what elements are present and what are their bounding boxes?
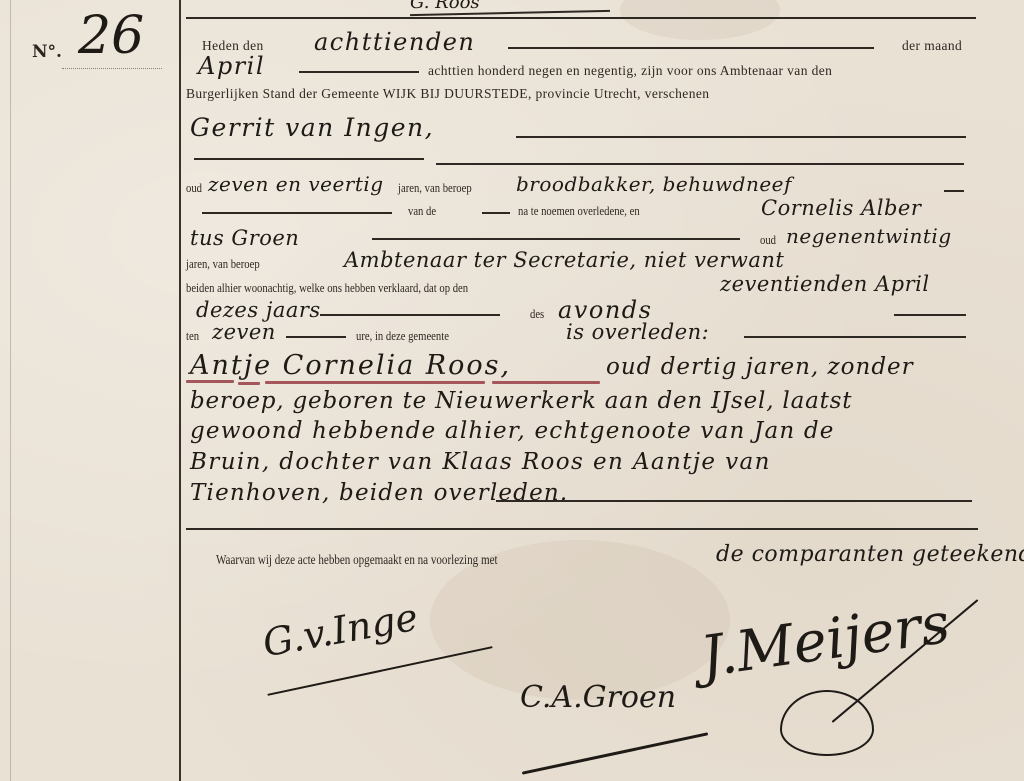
handwritten-text: beroep, geboren te Nieuwerkerk aan den I… — [190, 388, 852, 414]
handwritten-death-date: zeventienden April — [720, 272, 930, 296]
handwritten-age: zeven en veertig — [208, 172, 384, 196]
record-number: 26 — [78, 6, 144, 66]
closing-line: Waarvan wij deze acte hebben opgemaakt e… — [186, 540, 986, 570]
handwritten-declarant-2: Cornelis Alber — [761, 196, 921, 220]
text-line-13: Antje Cornelia Roos, oud dertig jaren, z… — [186, 350, 986, 380]
handwritten-occupation-2: Ambtenaar ter Secretarie, niet verwant — [344, 248, 784, 272]
text-line-3: Burgerlijken Stand der Gemeente WIJK BIJ… — [186, 80, 986, 110]
fill-line — [944, 190, 964, 192]
printed-text: der maand — [902, 38, 962, 54]
handwritten-year: dezes jaars — [196, 298, 321, 322]
signature-declarant-2: C.A.Groen — [520, 680, 676, 715]
red-underline — [492, 381, 600, 384]
fill-line — [202, 212, 392, 214]
signature-flourish — [522, 732, 708, 774]
dotted-rule — [62, 68, 162, 69]
text-line-6: oud zeven en veertig jaren, van beroep b… — [186, 168, 986, 198]
printed-text: Waarvan wij deze acte hebben opgemaakt e… — [216, 552, 498, 568]
red-underline — [186, 380, 234, 383]
handwritten-hour: zeven — [212, 320, 276, 344]
printed-text: oud — [186, 180, 202, 196]
text-line-4: Gerrit van Ingen, — [186, 113, 986, 143]
text-line-12: ten zeven ure, in deze gemeente is overl… — [186, 322, 986, 352]
fill-line — [744, 336, 966, 338]
previous-act-signature: G. Roos — [410, 0, 480, 13]
text-line-15: gewoond hebbende alhier, echtgenoote van… — [186, 418, 986, 448]
printed-text: oud — [760, 232, 776, 248]
handwritten-text: Bruin, dochter van Klaas Roos en Aantje … — [190, 449, 771, 475]
handwritten-text: gewoond hebbende alhier, echtgenoote van… — [190, 418, 835, 444]
fill-line — [286, 336, 346, 338]
printed-text: beiden alhier woonachtig, welke ons hebb… — [186, 280, 468, 296]
text-line-16: Bruin, dochter van Klaas Roos en Aantje … — [186, 449, 986, 479]
text-line-7: van de na te noemen overledene, en Corne… — [186, 196, 986, 226]
handwritten-text: Tienhoven, beiden overleden. — [190, 480, 568, 506]
handwritten-occupation: broodbakker, behuwdneef — [516, 172, 792, 196]
section-rule — [186, 528, 978, 530]
fill-line — [320, 314, 500, 316]
red-underline — [265, 381, 485, 384]
printed-text: ten — [186, 328, 199, 344]
printed-text: des — [530, 306, 544, 322]
text-line-17: Tienhoven, beiden overleden. — [186, 480, 986, 510]
section-rule — [186, 17, 976, 19]
printed-text: jaren, van beroep — [398, 180, 472, 196]
printed-text: achttien honderd negen en negentig, zijn… — [428, 63, 832, 79]
printed-text: ure, in deze gemeente — [356, 328, 449, 344]
signature-registrar: J.Meijers — [697, 591, 954, 690]
fill-line — [894, 314, 966, 316]
margin-divider-line — [179, 0, 181, 781]
text-line-14: beroep, geboren te Nieuwerkerk aan den I… — [186, 388, 986, 418]
red-underline — [238, 382, 260, 385]
page-edge — [10, 0, 11, 781]
fill-line — [516, 136, 966, 138]
handwritten-declarant-1: Gerrit van Ingen, — [190, 113, 434, 142]
fill-line — [194, 158, 424, 160]
handwritten-age-2: negenentwintig — [786, 224, 952, 248]
handwritten-month: April — [198, 52, 265, 80]
fill-line — [299, 71, 419, 73]
printed-text: Burgerlijken Stand der Gemeente WIJK BIJ… — [186, 86, 709, 102]
handwritten-declarant-2-cont: tus Groen — [190, 226, 299, 250]
signature-declarant-1: G.v.Inge — [259, 595, 421, 665]
civil-registry-death-record: N°. 26 G. Roos Heden den achttienden der… — [0, 0, 1024, 781]
handwritten-deceased-phrase: is overleden: — [566, 320, 709, 344]
record-number-label: N°. — [32, 42, 62, 62]
fill-line — [508, 47, 874, 49]
handwritten-closing: de comparanten geteekend. — [716, 542, 1024, 567]
fill-line — [482, 212, 510, 214]
fill-line — [436, 163, 964, 165]
fill-line — [496, 500, 972, 502]
fill-line — [372, 238, 740, 240]
handwritten-day: achttienden — [314, 28, 475, 56]
handwritten-text: oud dertig jaren, zonder — [606, 354, 914, 380]
handwritten-deceased-name: Antje Cornelia Roos, — [190, 350, 511, 381]
printed-text: jaren, van beroep — [186, 256, 260, 272]
printed-text: na te noemen overledene, en — [518, 203, 640, 219]
printed-text: van de — [408, 203, 436, 219]
